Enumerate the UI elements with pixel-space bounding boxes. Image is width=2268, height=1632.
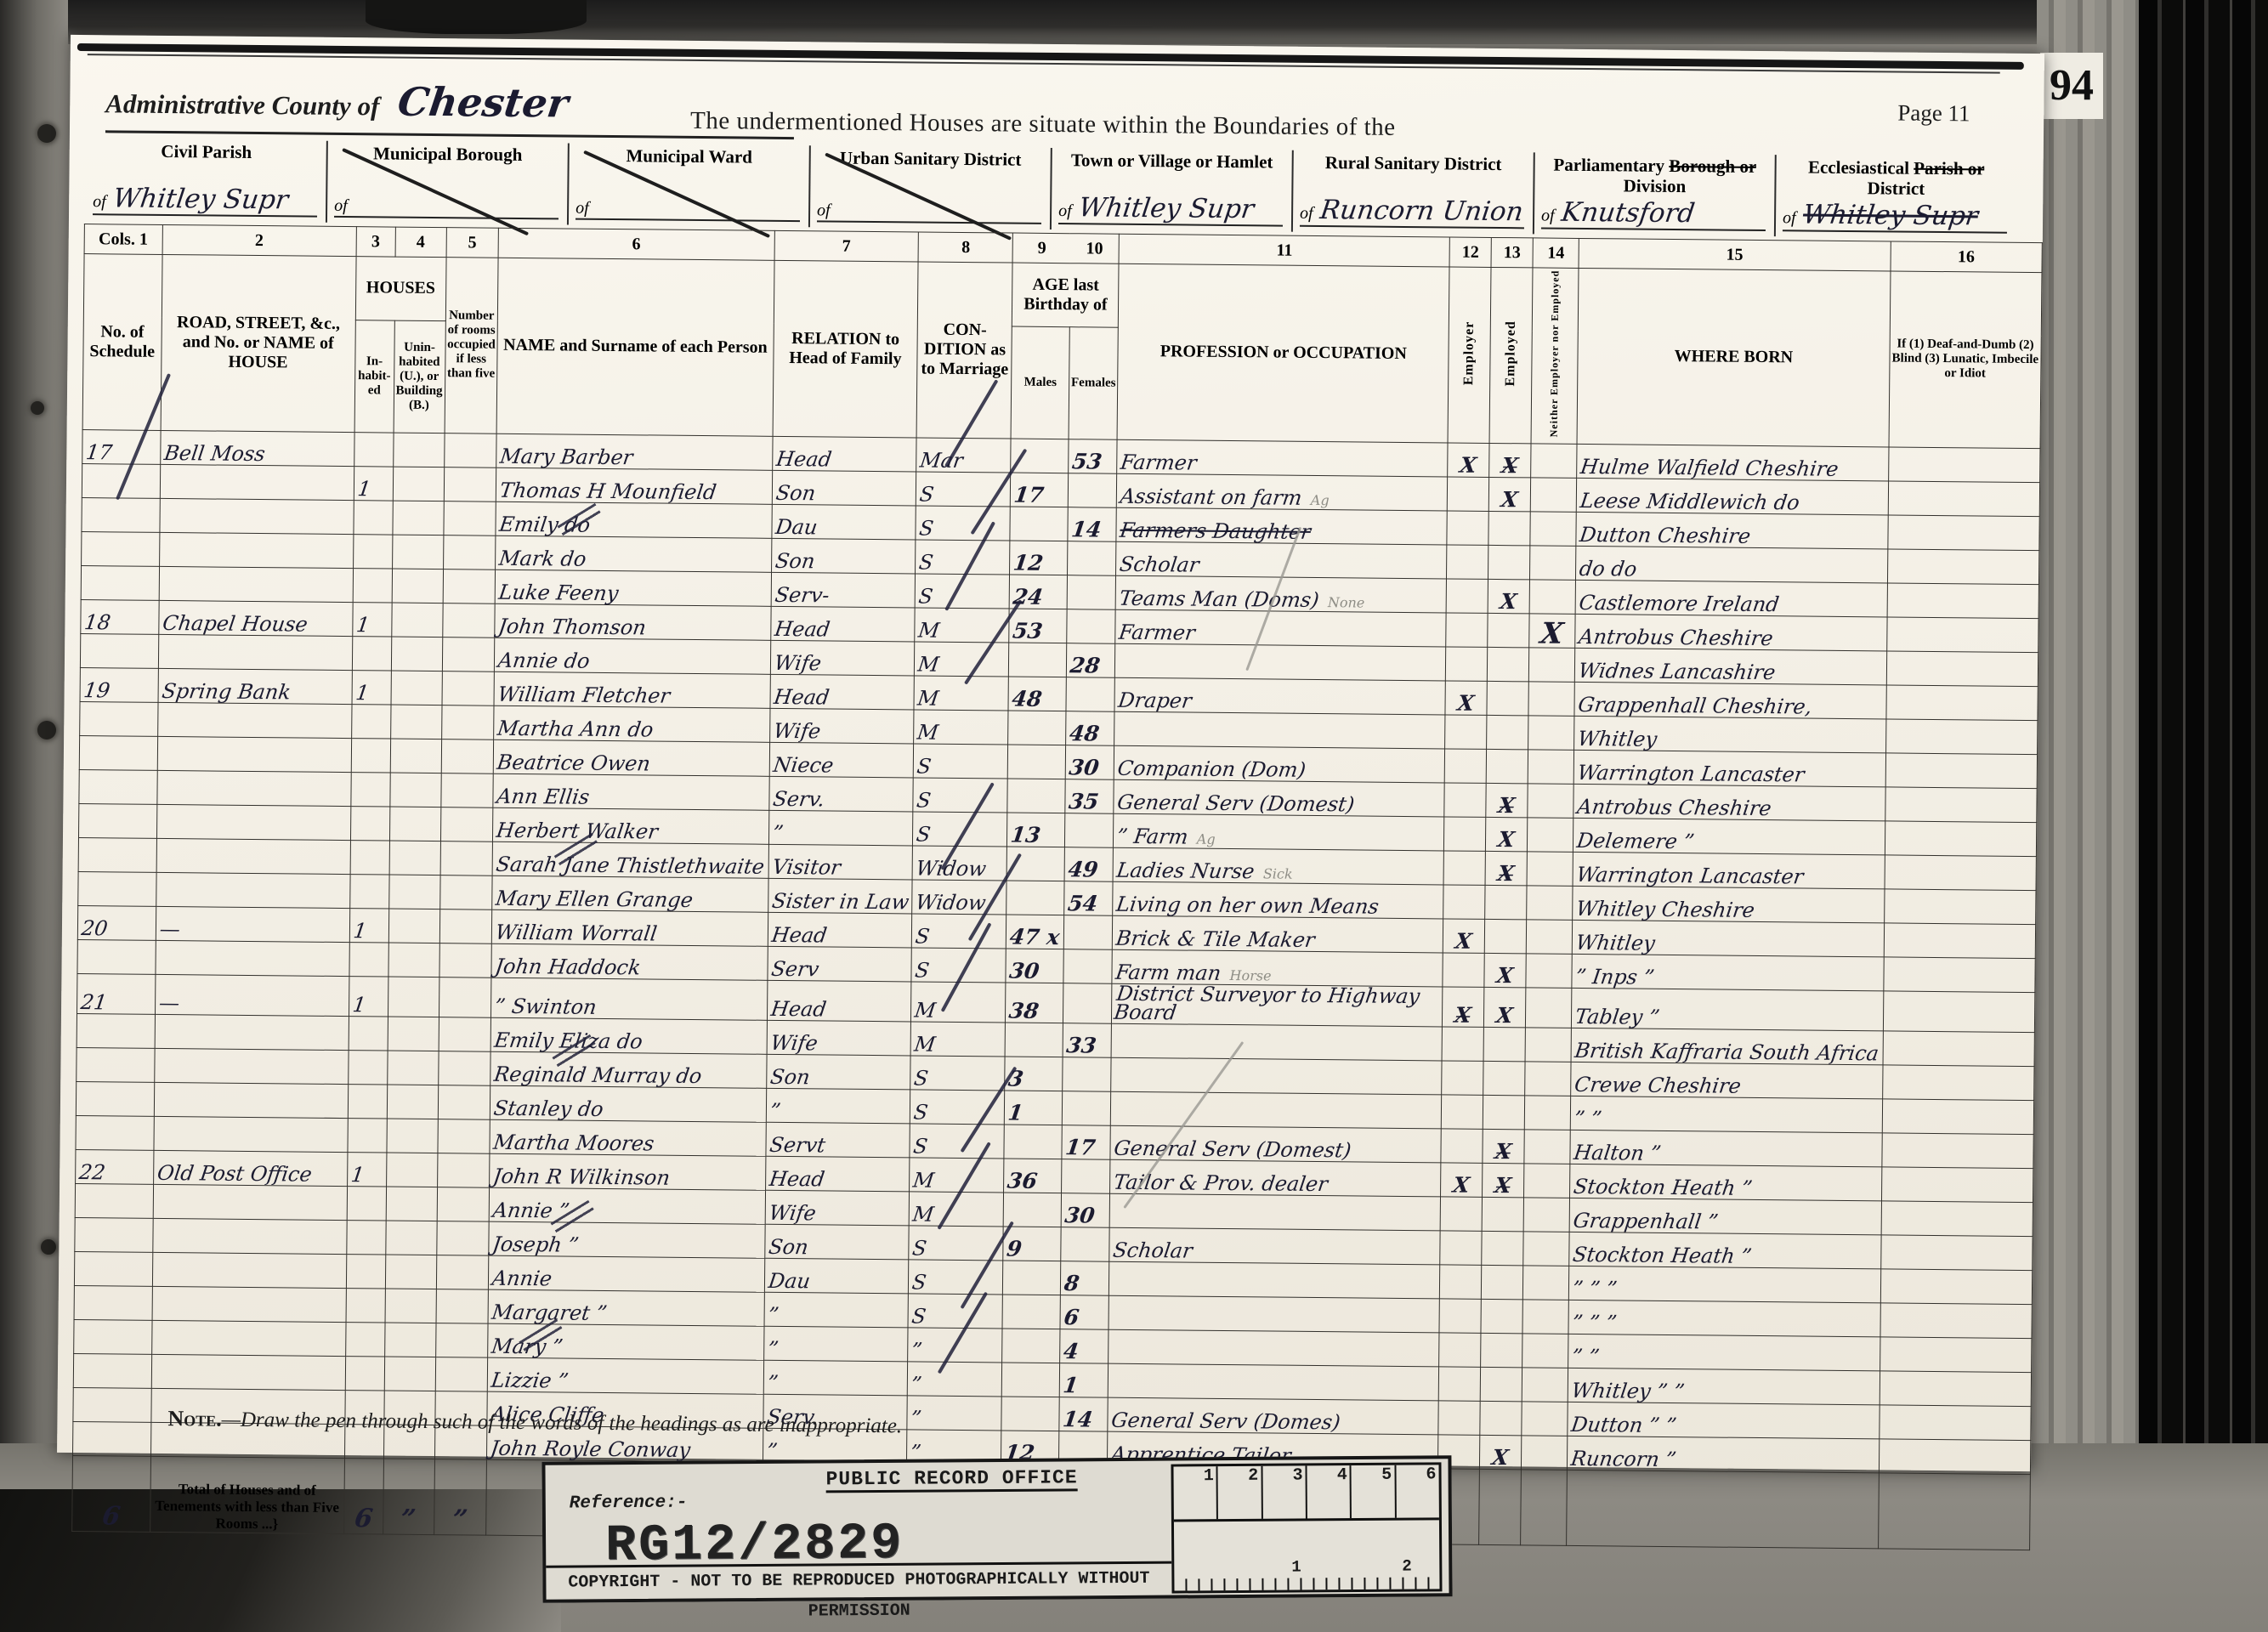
hw-born: ” ” xyxy=(1573,1108,1603,1130)
hw-rel: Wife xyxy=(768,1032,818,1054)
cell-c14 xyxy=(1526,954,1573,989)
punch-hole xyxy=(37,124,56,143)
stamp-copyright-notice: COPYRIGHT - NOT TO BE REPRODUCED PHOTOGR… xyxy=(546,1561,1171,1599)
cell-name: Joseph ” xyxy=(489,1221,765,1258)
district-label: Parliamentary Borough or Division xyxy=(1541,155,1767,198)
cell-house xyxy=(151,1320,346,1356)
cell-c14 xyxy=(1523,1198,1570,1232)
cell-m xyxy=(1010,507,1068,541)
hw-cond: S xyxy=(916,755,933,777)
cell-un xyxy=(388,1017,439,1051)
administrative-county-line: Administrative County of Chester xyxy=(105,76,568,126)
hw-name: Beatrice Owen xyxy=(496,751,652,774)
cell-c13 xyxy=(1487,647,1528,681)
cell-sch: 19 xyxy=(80,667,158,702)
cell-inh xyxy=(353,534,392,568)
cell-house: Spring Bank xyxy=(158,668,353,704)
cell-name: Stanley do xyxy=(490,1085,767,1122)
cell-c13 xyxy=(1483,1061,1525,1095)
hw-cond: ” xyxy=(910,1339,924,1361)
ruler-cm-scale: 1 2 xyxy=(1174,1546,1439,1590)
hw-name: Herbert Walker xyxy=(496,819,660,842)
hw-cond: M xyxy=(913,1033,937,1055)
cell-c13 xyxy=(1480,1401,1522,1435)
cell-house: — xyxy=(156,906,350,942)
cell-f: 33 xyxy=(1063,1023,1112,1057)
cell-c13: X xyxy=(1488,477,1530,511)
hw-m: 30 xyxy=(1008,960,1040,982)
cell-name: William Worrall xyxy=(492,909,768,946)
hw-occ: Farm man xyxy=(1114,962,1222,982)
cell-born: Crewe Cheshire xyxy=(1571,1062,1883,1099)
hw-m: 47 x xyxy=(1009,926,1062,949)
cell-c13 xyxy=(1483,1027,1525,1061)
cell-born: Leese Middlewich do xyxy=(1577,478,1889,515)
col-number: 6 xyxy=(498,228,774,260)
cell-house xyxy=(154,1082,349,1118)
cell-un xyxy=(391,637,442,671)
hw-cond: M xyxy=(914,999,938,1021)
cell-m: 47 x xyxy=(1006,915,1064,949)
cell-inf xyxy=(1886,685,2038,721)
hw-name: Martha Moores xyxy=(492,1130,655,1154)
hw-born: Whitley ” ” xyxy=(1570,1380,1686,1402)
cell-house xyxy=(153,1116,348,1152)
cell-rel: Wife xyxy=(767,1020,911,1056)
cell-occ xyxy=(1111,1057,1442,1095)
totals-empty-cell xyxy=(1567,1470,1879,1549)
hw-born: Leese Middlewich do xyxy=(1579,490,1800,513)
cell-c14 xyxy=(1530,512,1577,547)
cell-un xyxy=(392,569,443,603)
hw-born: Halton ” xyxy=(1573,1142,1663,1164)
cell-rel: Sister in Law xyxy=(768,878,912,914)
hw-cond: Mar xyxy=(919,449,965,471)
cell-occ xyxy=(1108,1329,1439,1367)
cell-c12 xyxy=(1446,579,1488,613)
cell-c13 xyxy=(1487,681,1528,715)
hw-rel: ” xyxy=(766,1372,780,1394)
col-number: 11 xyxy=(1119,234,1449,267)
hw-sch: 21 xyxy=(79,991,108,1013)
total-inhabited-cell: 6 xyxy=(344,1458,383,1533)
cell-c14 xyxy=(1528,750,1574,785)
cell-sch xyxy=(82,531,160,566)
hw-name: John Thomson xyxy=(497,615,648,638)
punch-hole xyxy=(41,1239,56,1255)
cell-occ: Living on her own Means xyxy=(1113,881,1443,919)
hw-cond: S xyxy=(918,551,935,573)
hw-cond: ” xyxy=(910,1373,924,1395)
district-field-7: Ecclesiastical Parish or DistrictofWhitl… xyxy=(1776,155,2016,239)
cell-inh xyxy=(348,1118,387,1152)
hw-rel: ” xyxy=(765,1440,779,1462)
hw-house: — xyxy=(158,918,181,940)
district-header-row: Civil Parish ofWhitley SuprMunicipal Bor… xyxy=(86,139,2016,239)
cell-inh xyxy=(354,500,393,534)
cell-born: Whitley xyxy=(1573,920,1885,957)
ruler-segment: 6 xyxy=(1396,1465,1439,1517)
cell-c13: X xyxy=(1488,579,1529,613)
hw-c13: X̶ xyxy=(1494,1141,1513,1163)
hw-born: Whitley xyxy=(1577,728,1658,751)
cell-rel: Wife xyxy=(770,640,915,676)
cell-m xyxy=(1006,1023,1063,1057)
cell-rel: Niece xyxy=(769,742,914,778)
hw-born: ” ” ” xyxy=(1571,1312,1619,1334)
hw-born: Stockton Heath ” xyxy=(1572,1244,1754,1267)
cell-c12 xyxy=(1440,1231,1482,1265)
hw-c13: X xyxy=(1495,965,1515,987)
cell-m xyxy=(1008,711,1066,745)
cell-c12 xyxy=(1440,1265,1482,1299)
cell-c13 xyxy=(1480,1367,1522,1401)
hw-born: Widnes Lancashire xyxy=(1577,660,1777,683)
cell-inh xyxy=(354,432,394,466)
district-of-line: ofRuncorn Union xyxy=(1300,195,1524,229)
cell-occ: Farmer xyxy=(1117,439,1448,477)
ruler-inch-scale: 1 2 3 4 5 6 xyxy=(1173,1465,1438,1521)
cell-un xyxy=(388,909,439,943)
cell-inh xyxy=(346,1288,385,1322)
hw-f: 28 xyxy=(1069,654,1101,677)
header-males: Males xyxy=(1012,326,1070,439)
cell-name: Annie do xyxy=(495,637,771,674)
hw-born: Antrobus Cheshire xyxy=(1578,626,1775,649)
cell-rel: Son xyxy=(772,470,916,506)
hw-name: Annie do xyxy=(497,649,592,671)
cell-rm xyxy=(439,909,492,943)
district-label: Ecclesiastical Parish or District xyxy=(1783,156,2009,200)
cell-born: ” Inps ” xyxy=(1572,954,1884,991)
cell-c14 xyxy=(1522,1368,1568,1402)
hw-name: Lizzie ” xyxy=(490,1368,570,1391)
hw-name: William Fletcher xyxy=(496,683,672,706)
hw-m: 48 xyxy=(1011,688,1043,710)
cell-name: Mary Ellen Grange xyxy=(492,875,768,912)
cell-occ: General Serv (Domest) xyxy=(1114,779,1444,817)
cell-c12 xyxy=(1444,749,1486,783)
cell-sch xyxy=(82,497,160,532)
cell-inf xyxy=(1880,1235,2033,1271)
cell-sch xyxy=(78,871,156,906)
cell-f: 53 xyxy=(1069,439,1118,473)
col-number: 4 xyxy=(395,227,446,258)
cell-c13: X̶ xyxy=(1483,1129,1524,1163)
hw-name: Reginald Murray do xyxy=(493,1062,703,1086)
cell-inf xyxy=(1886,617,2038,653)
cell-rm xyxy=(443,535,496,569)
cell-m xyxy=(1002,1363,1060,1397)
cell-c14 xyxy=(1527,818,1573,853)
cell-m xyxy=(1003,1261,1061,1295)
hw-sch: 22 xyxy=(77,1161,106,1183)
cell-m xyxy=(1002,1295,1060,1329)
cell-rm xyxy=(440,841,493,875)
totals-empty-cell xyxy=(1521,1470,1568,1546)
hw-c12: X xyxy=(1454,930,1474,952)
cell-occ xyxy=(1111,1023,1442,1061)
hw-cond: S xyxy=(914,959,931,981)
cell-c12 xyxy=(1443,851,1485,885)
cell-rm xyxy=(437,1119,490,1153)
total-rooms-value: ” xyxy=(451,1504,469,1534)
cell-rm xyxy=(438,1085,490,1119)
cell-c13: X̶ xyxy=(1489,443,1531,477)
hw-name: William Worrall xyxy=(494,921,658,944)
cell-c12 xyxy=(1446,647,1488,681)
hw-inh: 1 xyxy=(356,478,372,500)
cell-occ xyxy=(1108,1295,1439,1333)
cell-un xyxy=(386,1119,437,1153)
cell-c12 xyxy=(1447,545,1488,579)
total-inhabited-value: 6 xyxy=(353,1504,375,1533)
cell-occ: Farmer xyxy=(1115,609,1446,647)
col-number: 10 xyxy=(1070,234,1120,264)
cell-f xyxy=(1066,677,1115,711)
hw-cond: S xyxy=(915,925,932,947)
cell-rm xyxy=(444,433,496,467)
cell-c13 xyxy=(1485,885,1527,919)
cell-occ xyxy=(1111,1091,1442,1129)
cell-f xyxy=(1064,813,1114,847)
cell-c14 xyxy=(1524,1164,1571,1198)
col-number: 14 xyxy=(1533,238,1579,269)
hw-house: — xyxy=(157,992,180,1014)
cell-un xyxy=(389,841,440,875)
cell-f: 28 xyxy=(1066,643,1115,677)
cell-c12: X̶ xyxy=(1443,987,1484,1027)
pencil-annotation: Horse xyxy=(1229,967,1271,983)
cell-occ: Assistant on farmAg xyxy=(1117,473,1448,511)
cell-cond: M xyxy=(914,676,1008,711)
hw-rel: Visitor xyxy=(770,856,842,879)
cell-rm xyxy=(442,603,495,637)
hw-inh: 1 xyxy=(351,994,367,1016)
hw-cond: Widow xyxy=(915,857,988,880)
cell-cond: S xyxy=(908,1294,1002,1329)
cell-name: Luke Feeny xyxy=(495,569,771,606)
hw-rel: Wife xyxy=(772,720,821,742)
cell-sch xyxy=(74,1251,152,1286)
cell-inf xyxy=(1887,515,2039,551)
cell-f xyxy=(1067,541,1116,575)
cell-c13: X̶ xyxy=(1485,851,1527,885)
cell-name: Herbert Walker xyxy=(493,807,769,844)
cell-inh xyxy=(348,1084,387,1118)
hw-occ: Brick & Tile Maker xyxy=(1115,928,1317,949)
hw-rel: Head xyxy=(769,998,827,1021)
cell-occ: Companion (Dom) xyxy=(1114,745,1445,783)
hw-rel: Sister in Law xyxy=(770,890,910,914)
hw-occ: Scholar xyxy=(1112,1240,1194,1260)
hw-cond: S xyxy=(913,1101,930,1123)
cell-rel: ” xyxy=(764,1292,909,1328)
cell-name: Annie xyxy=(489,1255,765,1292)
cell-name: Reginald Murray do xyxy=(490,1051,767,1088)
hw-m: 17 xyxy=(1013,484,1046,506)
cell-c14 xyxy=(1528,682,1575,717)
cell-f: 30 xyxy=(1061,1193,1110,1227)
cell-born: Antrobus Cheshire xyxy=(1575,614,1887,651)
total-schedules-cell: 6 xyxy=(72,1455,150,1532)
cell-rm xyxy=(439,977,491,1017)
col-number: 7 xyxy=(774,230,919,262)
cell-rel: Head xyxy=(770,606,915,642)
cell-sch xyxy=(77,1013,155,1048)
ruler-number: 4 xyxy=(1337,1465,1347,1485)
cell-f xyxy=(1063,949,1113,983)
hw-occ: General Serv (Domes) xyxy=(1110,1410,1341,1431)
cell-rm xyxy=(436,1255,489,1289)
cell-un xyxy=(393,433,444,467)
hw-rel: Serv. xyxy=(771,788,825,811)
cell-born: Warrington Lancaster xyxy=(1573,750,1885,787)
totals-empty-cell xyxy=(1479,1469,1522,1544)
cell-inh xyxy=(349,1050,388,1084)
header-inhabited: In-habit-ed xyxy=(354,320,394,432)
cell-name: John Haddock xyxy=(491,943,768,980)
cell-born: Runcorn ” xyxy=(1568,1436,1880,1473)
cell-m xyxy=(1004,1125,1062,1159)
hw-c13: X xyxy=(1500,489,1520,511)
district-field-5: Rural Sanitary District ofRuncorn Union xyxy=(1293,150,1535,235)
hw-f: 35 xyxy=(1068,790,1100,813)
cell-m: 12 xyxy=(1010,541,1068,575)
cell-born: Stockton Heath ” xyxy=(1569,1232,1881,1269)
cell-m: 53 xyxy=(1009,609,1067,643)
hw-cond: S xyxy=(912,1135,929,1157)
cell-inf xyxy=(1887,549,2039,585)
cell-name: John Thomson xyxy=(495,603,771,640)
cell-born: Dutton Cheshire xyxy=(1576,512,1888,549)
hw-name: Mary Ellen Grange xyxy=(495,887,695,910)
cell-c12 xyxy=(1443,885,1485,919)
cell-cond: ” xyxy=(907,1396,1001,1431)
hw-cond: M xyxy=(912,1169,936,1191)
cell-c13: X̶ xyxy=(1483,1163,1524,1197)
hw-rel: ” xyxy=(768,1100,782,1122)
district-field-4: Town or Village or Hamlet ofWhitley Supr xyxy=(1052,148,1294,232)
hw-m: 53 xyxy=(1012,620,1044,642)
cell-f xyxy=(1067,575,1116,609)
hw-rel: Wife xyxy=(773,652,822,674)
cell-c13 xyxy=(1482,1231,1523,1265)
cell-un xyxy=(392,535,443,569)
hw-f: 14 xyxy=(1070,518,1103,541)
total-rooms-cell: ” xyxy=(434,1459,487,1535)
hw-inh: 1 xyxy=(355,614,371,636)
cell-sch xyxy=(77,939,156,974)
cell-cond: S xyxy=(916,472,1011,507)
cell-name: Martha Moores xyxy=(490,1119,766,1156)
cell-occ xyxy=(1108,1363,1439,1401)
cell-rm xyxy=(435,1357,488,1391)
hw-cond: ” xyxy=(910,1407,923,1429)
hw-c12: X xyxy=(1456,692,1476,714)
cell-f: 30 xyxy=(1065,745,1114,779)
cell-rm xyxy=(440,807,493,841)
hw-occ: District Surveyor to Highway Board xyxy=(1114,983,1442,1024)
cell-house xyxy=(158,634,353,670)
hw-f: 33 xyxy=(1065,1034,1097,1057)
hw-born: Castlemore Ireland xyxy=(1578,592,1780,615)
cell-house xyxy=(152,1252,347,1288)
cell-name: ” Swinton xyxy=(491,977,768,1020)
cell-rel: ” xyxy=(768,810,913,846)
hw-c12: X xyxy=(1459,454,1478,476)
district-of-line: of xyxy=(576,199,800,223)
cell-rm xyxy=(437,1187,490,1221)
hw-born: Antrobus Cheshire xyxy=(1576,796,1773,819)
cell-inf xyxy=(1881,1201,2033,1237)
cell-cond: M xyxy=(910,1158,1004,1193)
cell-c13: X xyxy=(1486,817,1528,851)
hw-name: Thomas H Mounfield xyxy=(498,479,717,502)
district-value: Whitley Supr xyxy=(1800,199,1979,231)
cell-m xyxy=(1007,779,1065,813)
cell-c14 xyxy=(1522,1436,1568,1470)
col-number: 16 xyxy=(1891,241,2043,273)
ruler-number: 5 xyxy=(1381,1465,1392,1485)
hw-rel: Head xyxy=(773,618,831,641)
cell-house xyxy=(156,872,350,908)
ruler-segment: 2 xyxy=(1218,1466,1263,1519)
cell-c14 xyxy=(1530,546,1577,581)
cell-inh xyxy=(349,942,388,976)
hw-occ: Draper xyxy=(1118,690,1194,710)
hw-c13: X̶ xyxy=(1496,863,1516,885)
hw-name: ” Swinton xyxy=(494,994,598,1017)
hw-house: Bell Moss xyxy=(162,442,266,465)
cell-rm xyxy=(441,739,494,773)
cell-rm xyxy=(440,773,493,807)
hw-occ: ” Farm xyxy=(1116,826,1189,846)
cell-house: Old Post Office xyxy=(153,1150,348,1186)
hw-born: ” ” xyxy=(1571,1346,1602,1368)
hw-rel: Son xyxy=(767,1236,809,1258)
cell-sch xyxy=(74,1285,152,1320)
cell-house xyxy=(155,940,349,976)
district-of-line: of xyxy=(334,196,558,220)
administrative-county-value: Chester xyxy=(395,79,571,127)
cell-c12 xyxy=(1439,1333,1481,1367)
hw-m: 9 xyxy=(1006,1238,1023,1260)
cell-occ: Draper xyxy=(1114,677,1445,715)
cell-sch: 17 xyxy=(82,429,161,464)
hw-c13: X xyxy=(1495,1005,1515,1027)
cell-c12 xyxy=(1444,817,1486,851)
district-field-2: Municipal Ward of xyxy=(569,144,811,228)
cell-inf xyxy=(1885,719,2038,755)
hw-name: John Royle Conway xyxy=(490,1436,692,1460)
hw-cond: S xyxy=(911,1271,928,1293)
cell-rm xyxy=(443,501,496,535)
cell-c12: X xyxy=(1448,443,1489,477)
hw-name: John Haddock xyxy=(494,955,642,978)
public-record-office-stamp: PUBLIC RECORD OFFICE Reference:- RG12/28… xyxy=(541,1455,1452,1602)
cell-c14 xyxy=(1525,1028,1572,1062)
hw-f: 53 xyxy=(1070,450,1103,473)
cell-sch xyxy=(75,1183,153,1218)
hw-name: Annie xyxy=(491,1266,554,1289)
hw-occ: Farmer xyxy=(1120,452,1198,472)
header-employed-label: Employed xyxy=(1503,320,1519,387)
cell-m: 30 xyxy=(1006,949,1063,983)
hw-rel: Wife xyxy=(768,1202,817,1224)
cell-inf xyxy=(1885,753,2038,789)
cell-rm xyxy=(439,943,491,977)
